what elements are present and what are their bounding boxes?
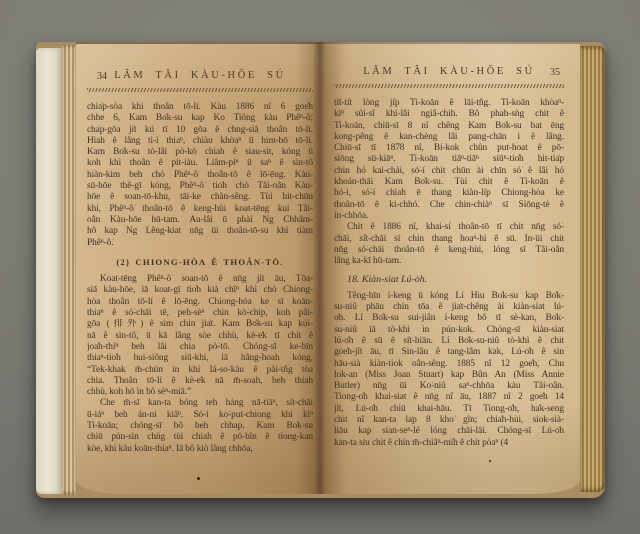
text-line: nn̄g só͘-chāi thoân-tō ê keng-hùi, lóng … <box>334 245 564 256</box>
text-line: kìⁿ sûi-sî khí-lâi ngiâ-chih. Bô phah-sǹ… <box>334 109 564 120</box>
text-line: Ti-koān, chiū-sī 8 nî chêng Kam Bo̍k-su … <box>334 121 564 132</box>
left-page-number: 34 <box>97 71 107 82</box>
left-running-title: LÂM TÂI KÀU-HŌE SÚ <box>87 70 313 81</box>
text-line: thoân-tō ê ki-chhó͘. Che chin-chiàⁿ sī S… <box>334 200 564 211</box>
text-line: ū-iáⁿ beh án-ni kiâⁿ. Só͘-í ko͘-put-chio… <box>87 410 313 421</box>
text-line: kan-ta siu chit ê chin m̄-chiâⁿ-mi̍h ê c… <box>334 438 564 449</box>
page-speck <box>197 477 200 480</box>
right-page-header: LÂM TÂI KÀU-HŌE SÚ 35 <box>334 66 564 81</box>
right-paragraph-2: Chit ê 1886 nî, khai-sí thoân-tō tī chit… <box>334 222 564 267</box>
left-header-rule <box>87 88 313 92</box>
text-line: ti̍t-ti̍t lòng ji̍p Ti-koān ê lāi-tn̂g. … <box>334 98 564 109</box>
text-line: Tiong-o̍h khai-siat ê nn̄g nî āu, 1887 n… <box>334 392 564 403</box>
text-line: ji̍t, Lú-o̍h chiū khai-hāu. Tī Tiong-o̍h… <box>334 404 564 415</box>
text-line: lú-o̍h ê sū ê si̍t-hiān. Lí Bo̍k-su-niû … <box>334 336 564 347</box>
text-line: Koat-tēng Phêⁿ-ô͘ soan-tō ê nn̄g ji̍t āu… <box>87 274 313 285</box>
text-line: hiàn-kim beh chò Phêⁿ-ô͘ thoân-tō ê lō͘-… <box>87 170 313 181</box>
text-line: khoán-thāi Kam Bo̍k-su. Tùi chit ê Ti-ko… <box>334 177 564 188</box>
text-line: chiū pún-sin chǹg tùi chiah ê pō-bîn ê t… <box>87 432 313 443</box>
text-line: oân Kàu-hōe hū-tam. Āu-lâi ū phài N̂g Ch… <box>87 215 313 226</box>
text-line: joa̍h-thiⁿ beh lâi chia pò͘-tō. Chóng-sī… <box>87 342 313 353</box>
text-line: lok-an (Miss Joan Stuart) kap Bûn An (Mi… <box>334 370 564 381</box>
text-line: chhù, koh hō͘ in bô sèⁿ-miā.” <box>87 387 313 398</box>
left-page-stack-edge <box>62 45 76 495</box>
text-line: Hiah ê lâng tì-ì thiaⁿ, chiàu khòaⁿ ū hi… <box>87 136 313 147</box>
text-line: Ti-koān; chóng-sī bô beh chhap. Kam Bo̍k… <box>87 421 313 432</box>
text-line: Kam Bo̍k-su tò-lâi pò-kò chiah ê siau-si… <box>87 147 313 158</box>
text-line: o̍h. Lí Bo̍k-su sui-jiân í-keng bô tī sè… <box>334 313 564 324</box>
right-page-number: 35 <box>550 67 560 78</box>
text-line: su-niû phāu chin tōa ê jia̍t-chêng ài ki… <box>334 302 564 313</box>
text-line: gōa (排外) ê sim chin jia̍t. Kam Bo̍k-su k… <box>87 319 313 330</box>
text-line: kong-pêng ê kan-chèng lâi pang-chān i ê … <box>334 132 564 143</box>
text-line: Chiū-sī tī 1878 nî, Bí-kok chûn put-hoat… <box>334 143 564 154</box>
text-line: “Tek-khak m̄-chún in khí Iá-so͘-kàu ê pà… <box>87 365 313 376</box>
book-cover-edge <box>36 48 62 494</box>
right-page-body: ti̍t-ti̍t lòng ji̍p Ti-koān ê lāi-tn̂g. … <box>334 98 564 449</box>
text-line: Butler) nn̄g ūi Ko͘-niû saⁿ-chhōa kàu Tâ… <box>334 381 564 392</box>
text-line: chia. Thoân tō-lí ê kè-e̍k nā m̄-soah, b… <box>87 376 313 387</box>
text-line: chit nî kan-ta la̍p 8 kho͘ gîn; chia̍h-h… <box>334 415 564 426</box>
page-speck <box>489 460 491 462</box>
text-line: lâng ka-kī hū-tam. <box>334 256 564 267</box>
text-line: khí, Phêⁿ-ô͘ thoân-tō ê keng-hùi koat-tē… <box>87 204 313 215</box>
photo-background: 34 LÂM TÂI KÀU-HŌE SÚ chia̍p-sòa khì tho… <box>0 0 640 534</box>
text-line: siōng sū-kiāⁿ. Ti-koān tiāⁿ-tiāⁿ siūⁿ-ti… <box>334 154 564 165</box>
text-line: Phêⁿ-ô͘. <box>87 238 313 249</box>
text-line: chhe 6, Kam Bo̍k-su kap Ko Tiông kàu Phê… <box>87 113 313 124</box>
text-line: Che m̄-sī kan-ta bóng teh háng nā-tiāⁿ, … <box>87 398 313 409</box>
right-section-heading: 18. Kiàn-siat Lú-o̍h. <box>334 274 564 285</box>
text-line: nā ê sìn-tô͘, ū kā lâng sòe chhù, kè-e̍k… <box>87 331 313 342</box>
text-line: hāu-sià kiàn-tiok oân-sêng. 1885 nî 12 g… <box>334 359 564 370</box>
text-line: hòa thoân tō-lí ê lō͘-ēng. Chiong-hòa ke… <box>87 297 313 308</box>
text-line: hōe ê soan-tō-khu, tāi-ke chàn-sêng. Tùi… <box>87 192 313 203</box>
left-paragraph-1: chia̍p-sòa khì thoân tō-lí. Kàu 1886 nî … <box>87 102 313 249</box>
right-paragraph-1: ti̍t-ti̍t lòng ji̍p Ti-koān ê lāi-tn̂g. … <box>334 98 564 222</box>
left-paragraph-3: Che m̄-sī kan-ta bóng teh háng nā-tiāⁿ, … <box>87 398 313 454</box>
left-page-body: chia̍p-sòa khì thoân tō-lí. Kàu 1886 nî … <box>87 102 313 455</box>
left-page-header: 34 LÂM TÂI KÀU-HŌE SÚ <box>87 70 313 85</box>
right-running-title: LÂM TÂI KÀU-HŌE SÚ <box>334 66 564 77</box>
text-line: hô kap N̂g Lêng-kiat nn̄g ūi thoân-tō-su… <box>87 226 313 237</box>
text-line: ín-chhōa. <box>334 211 564 222</box>
text-line: kòe, khì kàu koān-thiaⁿ. Iā bô kiò lâng … <box>87 444 313 455</box>
right-header-rule <box>334 84 564 88</box>
text-line: liāu kap sian-seⁿ-lé lóng chāi-lāi. Chón… <box>334 426 564 437</box>
right-page-stack-edge <box>580 46 605 492</box>
text-line: Têng-bīn í-keng ū kóng Lí Hiu Bo̍k-su ka… <box>334 291 564 302</box>
text-line: chin hó kai-chài, só͘-í chit chūn ài chī… <box>334 166 564 177</box>
right-paragraph-3: Têng-bīn í-keng ū kóng Lí Hiu Bo̍k-su ka… <box>334 291 564 449</box>
text-line: chāi, si̍t-chāi sī chin thang hoaⁿ-hí ê … <box>334 234 564 245</box>
text-line: Chit ê 1886 nî, khai-sí thoân-tō tī chit… <box>334 222 564 233</box>
text-line: hó-ì, só͘-í chiah ē thang kiàn-li̍p Chio… <box>334 188 564 199</box>
text-line: su-niû iā tò-khì in pún-kok. Chóng-sī ki… <box>334 325 564 336</box>
text-line: koh khì thoân ê pit-iàu. Liâm-piⁿ ū saⁿ … <box>87 158 313 169</box>
page-top-edge <box>76 42 580 44</box>
right-page-content: LÂM TÂI KÀU-HŌE SÚ 35 ti̍t-ti̍t lòng ji̍… <box>334 66 564 449</box>
left-paragraph-2: Koat-tēng Phêⁿ-ô͘ soan-tō ê nn̄g ji̍t āu… <box>87 274 313 398</box>
left-page-content: 34 LÂM TÂI KÀU-HŌE SÚ chia̍p-sòa khì tho… <box>87 70 313 455</box>
text-line: chia̍p-sòa khì thoân tō-lí. Kàu 1886 nî … <box>87 102 313 113</box>
text-line: thiaⁿ-tio̍h hui-siông siū-khì, iā hâng-h… <box>87 353 313 364</box>
left-section-heading: (2) CHIONG-HÒA Ê THOÂN-TŌ. <box>87 257 313 268</box>
text-line: thiaⁿ ê só͘-chāi tē, peh-sèⁿ chin kò͘-ch… <box>87 308 313 319</box>
text-line: cha̍p-gōa ji̍t kú tī 10 gōa ê chng-siā t… <box>87 125 313 136</box>
text-line: siā kàu-hōe, iā koat-gī tio̍h kià chîⁿ k… <box>87 285 313 296</box>
text-line: sū-hōe thê-gī kóng, Phêⁿ-ô͘ tio̍h chò Tâ… <box>87 181 313 192</box>
text-line: goe̍h-ji̍t āu, tī Sin-lâu ê tang-lâm kak… <box>334 347 564 358</box>
